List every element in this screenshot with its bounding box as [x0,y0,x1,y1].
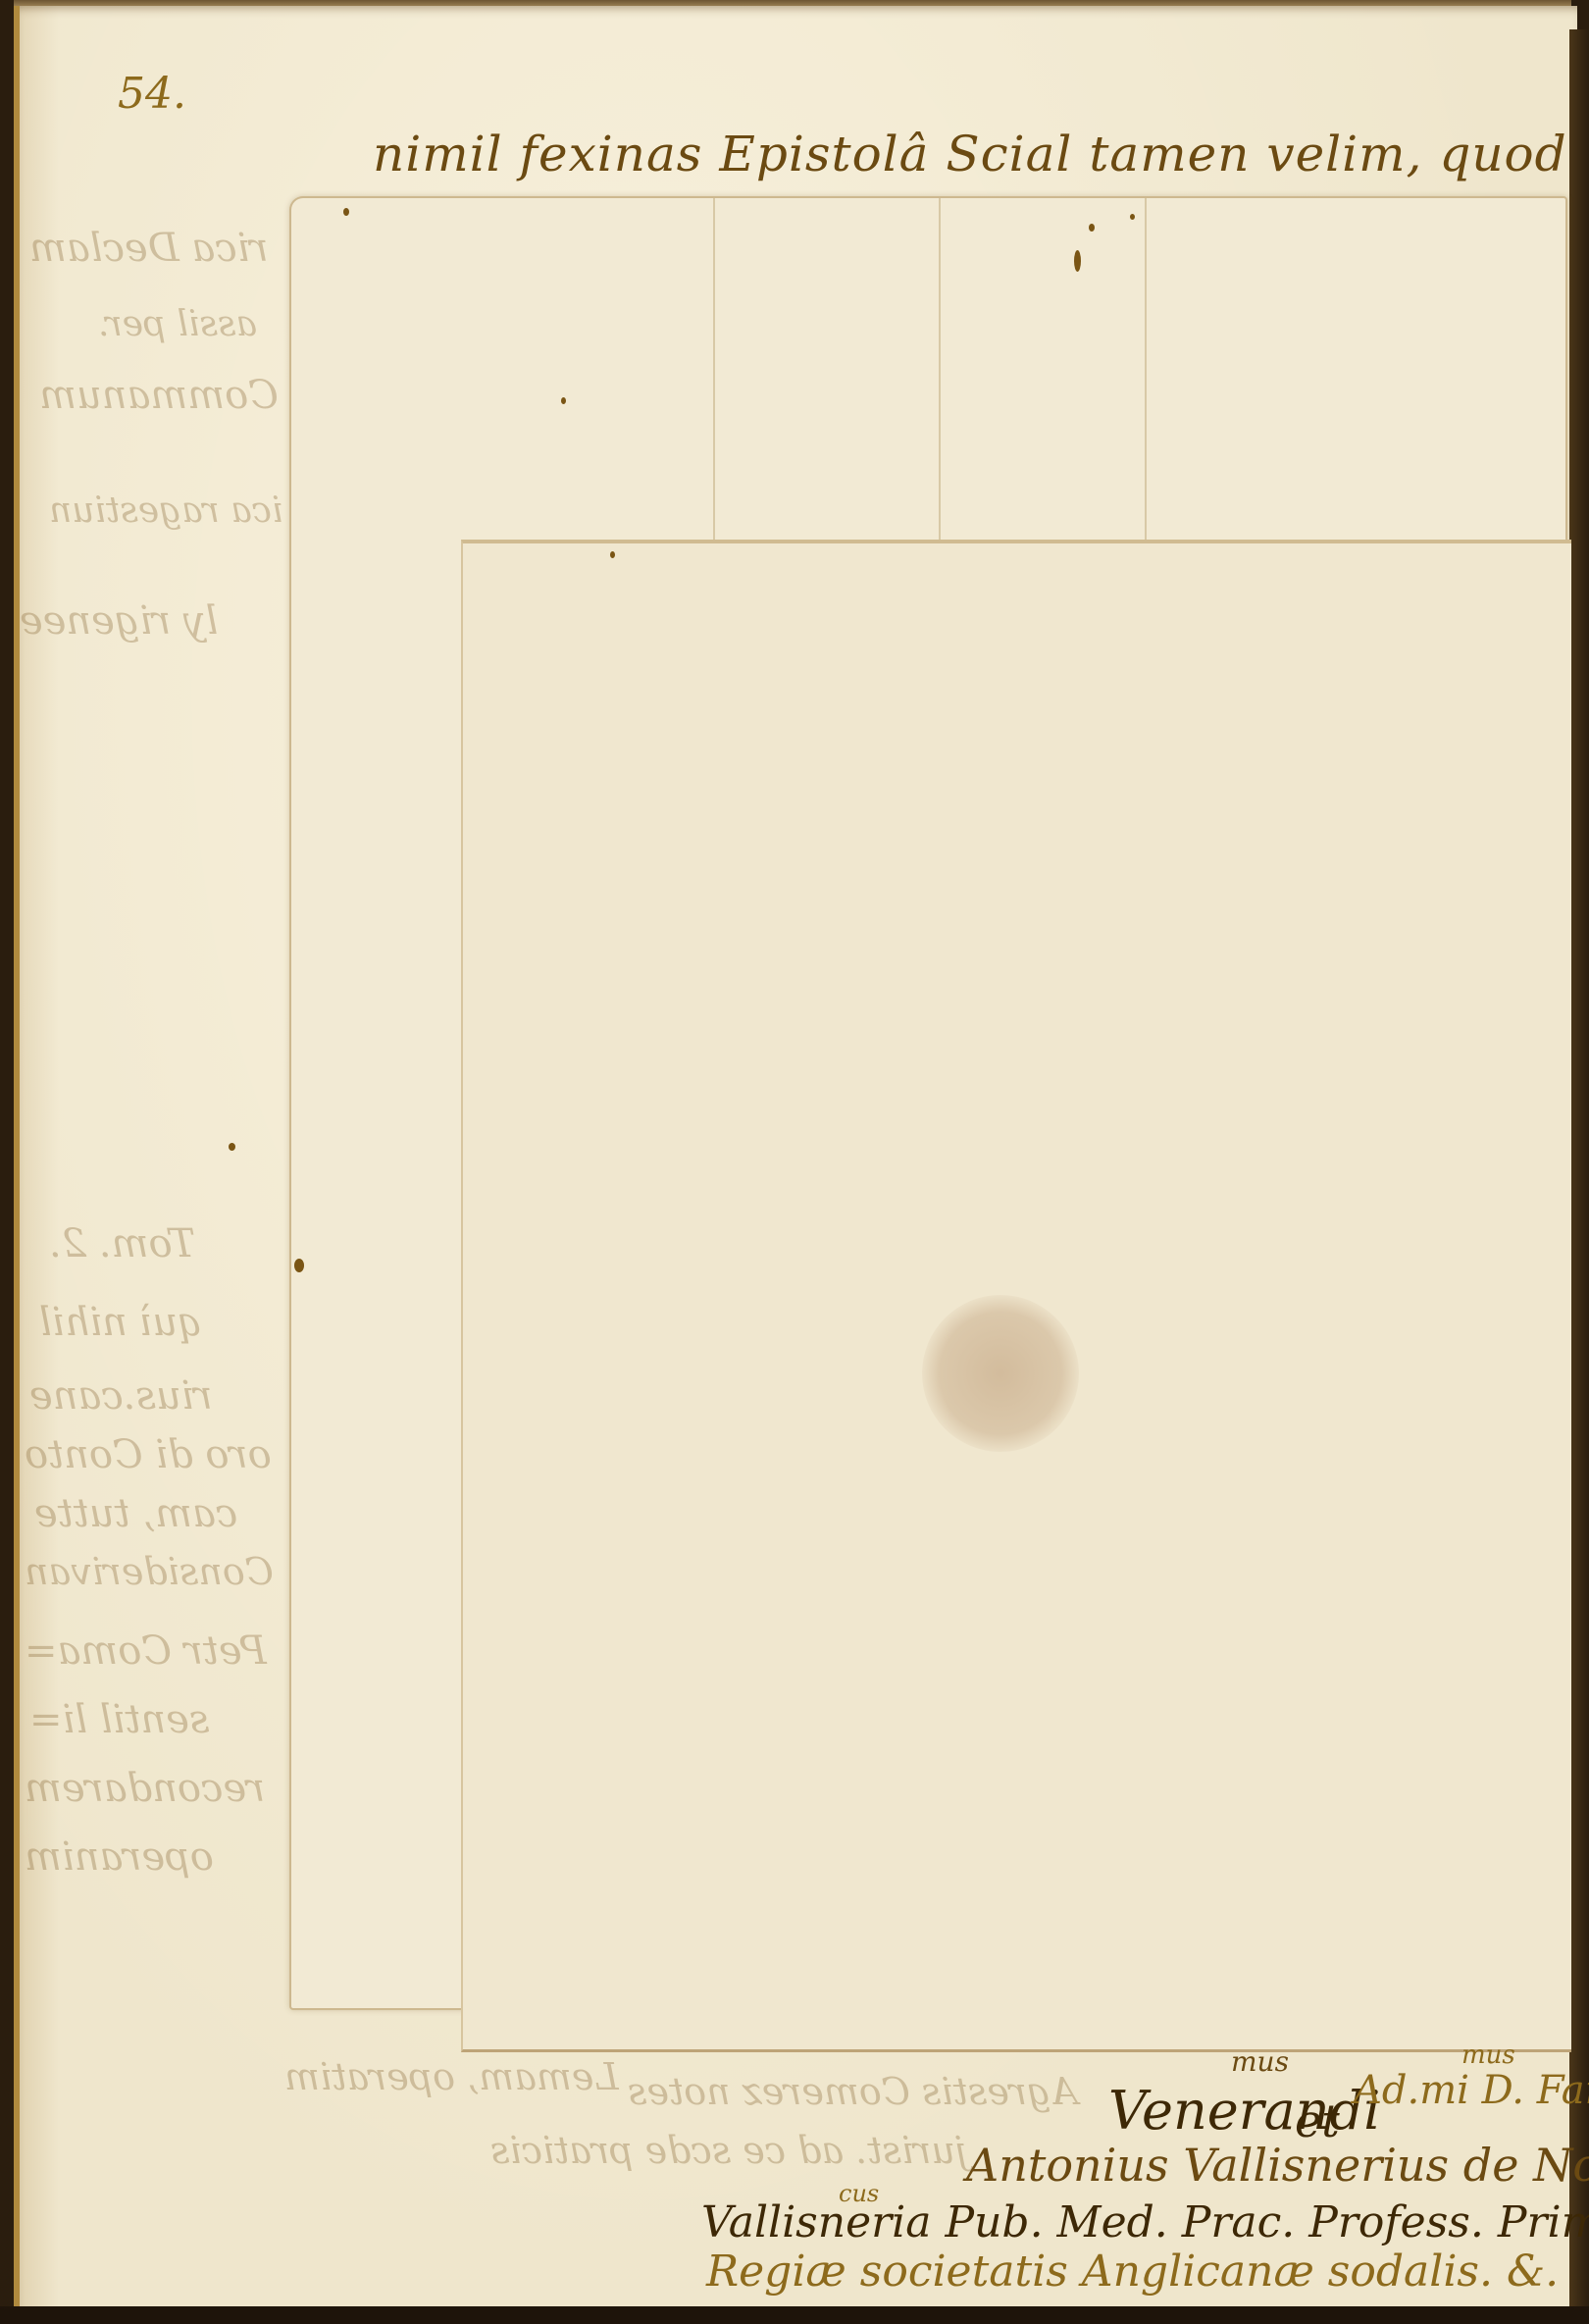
signature-society-line: Regiæ societatis Anglicanæ sodalis. &. [706,2247,1559,2297]
ghost-text: Commanum [39,373,279,418]
signature-superscript: mus [1461,2040,1515,2070]
signature-superscript: cus [839,2180,879,2207]
ink-speck [1074,250,1081,272]
signature-title-line: Vallisneria Pub. Med. Prac. Profess. Pri… [701,2197,1589,2247]
ink-speck [610,551,615,558]
ghost-text: rius.cane [29,1373,213,1419]
ink-speck [343,208,349,216]
circular-stain [922,1295,1079,1452]
fold-line [1145,198,1147,542]
ghost-text: rica Declam [29,226,269,271]
ink-speck [294,1259,304,1272]
ghost-text: ica ragestiun [49,491,282,531]
ghost-text: Agrestis Comerez notes [628,2070,1078,2113]
ghost-text: assil per. [98,304,257,344]
ink-speck [1089,224,1095,232]
ghost-text: quì nihil [39,1300,203,1345]
ghost-text: Petr Coma= [25,1628,267,1674]
page-number: 54. [118,69,186,119]
ghost-text: jurist. ad ce scde praticis [490,2129,967,2172]
ghost-text: oro di Conto [25,1432,272,1477]
ink-speck [1130,214,1135,220]
ink-speck [229,1143,235,1151]
fold-line [713,198,715,542]
ghost-text: sentil li= [29,1697,209,1742]
ghost-text: Lemam, operatim [284,2055,619,2098]
signature-name-line: Antonius Vallisnerius de Nob. de [966,2139,1589,2192]
signature-admi-fam: Ad.mi D. Fam. [1354,2068,1589,2113]
ghost-text: Tom. 2. [49,1221,195,1266]
fold-line [939,198,941,542]
ghost-text: Considerivan [25,1550,274,1593]
ink-speck [561,397,566,404]
header-handwriting-line: nimil fexinas Epistolâ Scial tamen velim… [373,126,1567,182]
ghost-text: ly rigenee [20,598,218,644]
ghost-text: operanim [25,1834,214,1880]
ghost-text: cam, tutte [34,1491,237,1536]
signature-superscript: mus [1231,2045,1289,2078]
binding-strip [1569,29,1589,2324]
page-bottom-edge [0,2306,1589,2324]
ghost-text: recondarem [25,1766,265,1811]
